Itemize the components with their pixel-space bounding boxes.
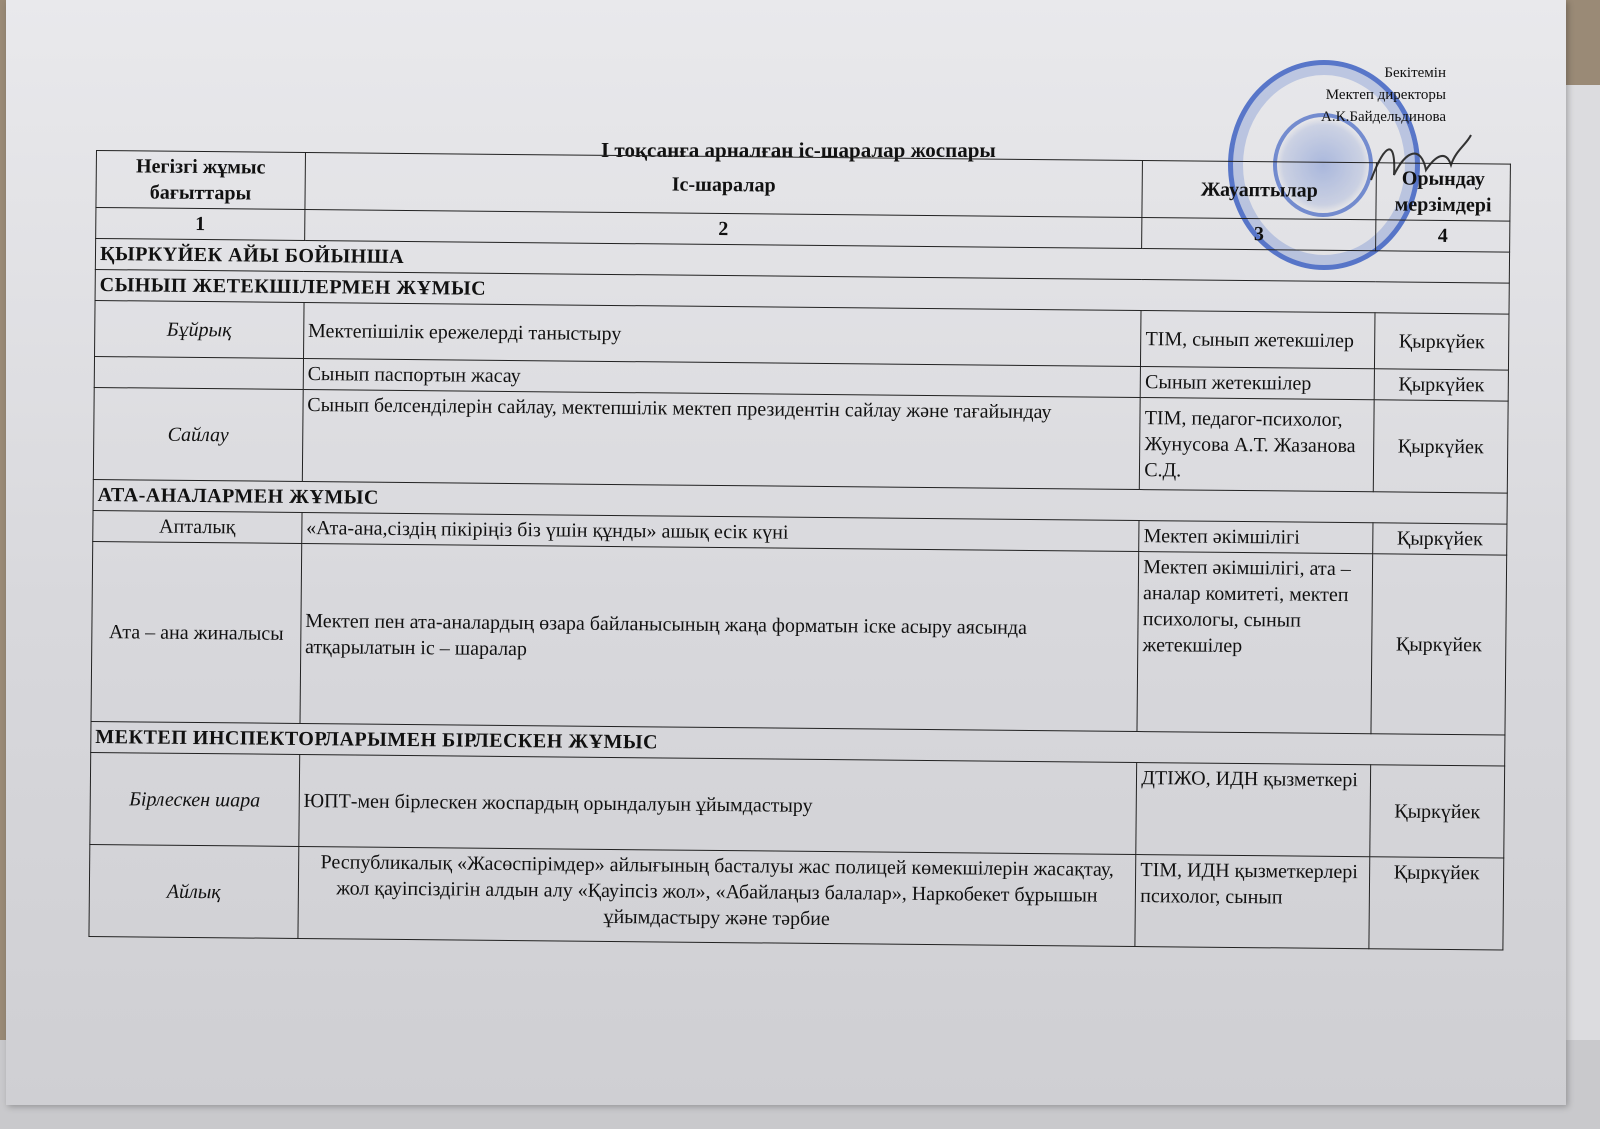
approval-position: Мектеп директоры (1321, 84, 1446, 106)
direction-cell: Бұйрық (95, 300, 304, 358)
approval-name: А.К.Байдельдинова (1321, 106, 1446, 128)
approval-block: Бекітемін Мектеп директоры А.К.Байдельди… (1321, 62, 1446, 128)
activity-cell: Мектеп пен ата-аналардың өзара байланысы… (300, 543, 1139, 731)
deadline-cell: Қыркүйек (1371, 554, 1507, 735)
activity-cell: Республикалық «Жасөспірімдер» айлығының … (298, 846, 1136, 946)
column-number: 3 (1142, 218, 1376, 251)
table-row: Ата – ана жиналысы Мектеп пен ата-аналар… (91, 541, 1507, 735)
direction-cell: Бірлескен шара (90, 752, 300, 846)
column-number: 1 (96, 208, 305, 241)
header-activities: Іс-шаралар (305, 153, 1143, 218)
direction-cell: Сайлау (93, 387, 303, 481)
deadline-cell: Қыркүйек (1375, 313, 1509, 370)
deadline-cell: Қыркүйек (1373, 400, 1508, 493)
responsible-cell: Мектеп әкімшілігі, ата – аналар комитеті… (1137, 552, 1372, 734)
deadline-cell: Қыркүйек (1373, 523, 1507, 555)
responsible-cell: ДТІЖО, ИДН қызметкері (1136, 763, 1371, 857)
table-row: Бірлескен шара ЮПТ-мен бірлескен жоспард… (90, 752, 1505, 858)
direction-cell: Айлық (89, 844, 299, 938)
activity-cell: ЮПТ-мен бірлескен жоспардың орындалуын ұ… (299, 754, 1137, 854)
column-number: 4 (1376, 220, 1510, 252)
direction-cell (94, 356, 303, 389)
activity-cell: Сынып белсенділерін сайлау, мектепшілік … (302, 389, 1140, 489)
responsible-cell: ТІМ, ИДН қызметкерлері психолог, сынып (1135, 855, 1370, 949)
activity-cell: Мектепішілік ережелерді таныстыру (303, 303, 1141, 367)
responsible-cell: Мектеп әкімшілігі (1139, 521, 1373, 554)
deadline-cell: Қыркүйек (1369, 857, 1504, 950)
responsible-cell: ТІМ, сынып жетекшілер (1141, 311, 1375, 369)
plan-table: Негізгі жұмыс бағыттары Іс-шаралар Жауап… (88, 150, 1510, 951)
header-deadline: Орындау мерзімдері (1376, 163, 1510, 221)
direction-cell: Ата – ана жиналысы (91, 541, 301, 723)
responsible-cell: Сынып жетекшілер (1140, 367, 1374, 400)
deadline-cell: Қыркүйек (1370, 765, 1505, 858)
table-row: Сайлау Сынып белсенділерін сайлау, мекте… (93, 387, 1508, 493)
deadline-cell: Қыркүйек (1374, 369, 1508, 401)
header-responsible: Жауаптылар (1142, 161, 1376, 220)
table-row: Айлық Республикалық «Жасөспірімдер» айлы… (89, 844, 1504, 950)
direction-cell: Апталық (93, 510, 302, 543)
approval-line: Бекітемін (1321, 62, 1446, 84)
header-directions: Негізгі жұмыс бағыттары (96, 151, 305, 210)
responsible-cell: ТІМ, педагог-психолог, Жунусова А.Т. Жаз… (1140, 398, 1375, 492)
